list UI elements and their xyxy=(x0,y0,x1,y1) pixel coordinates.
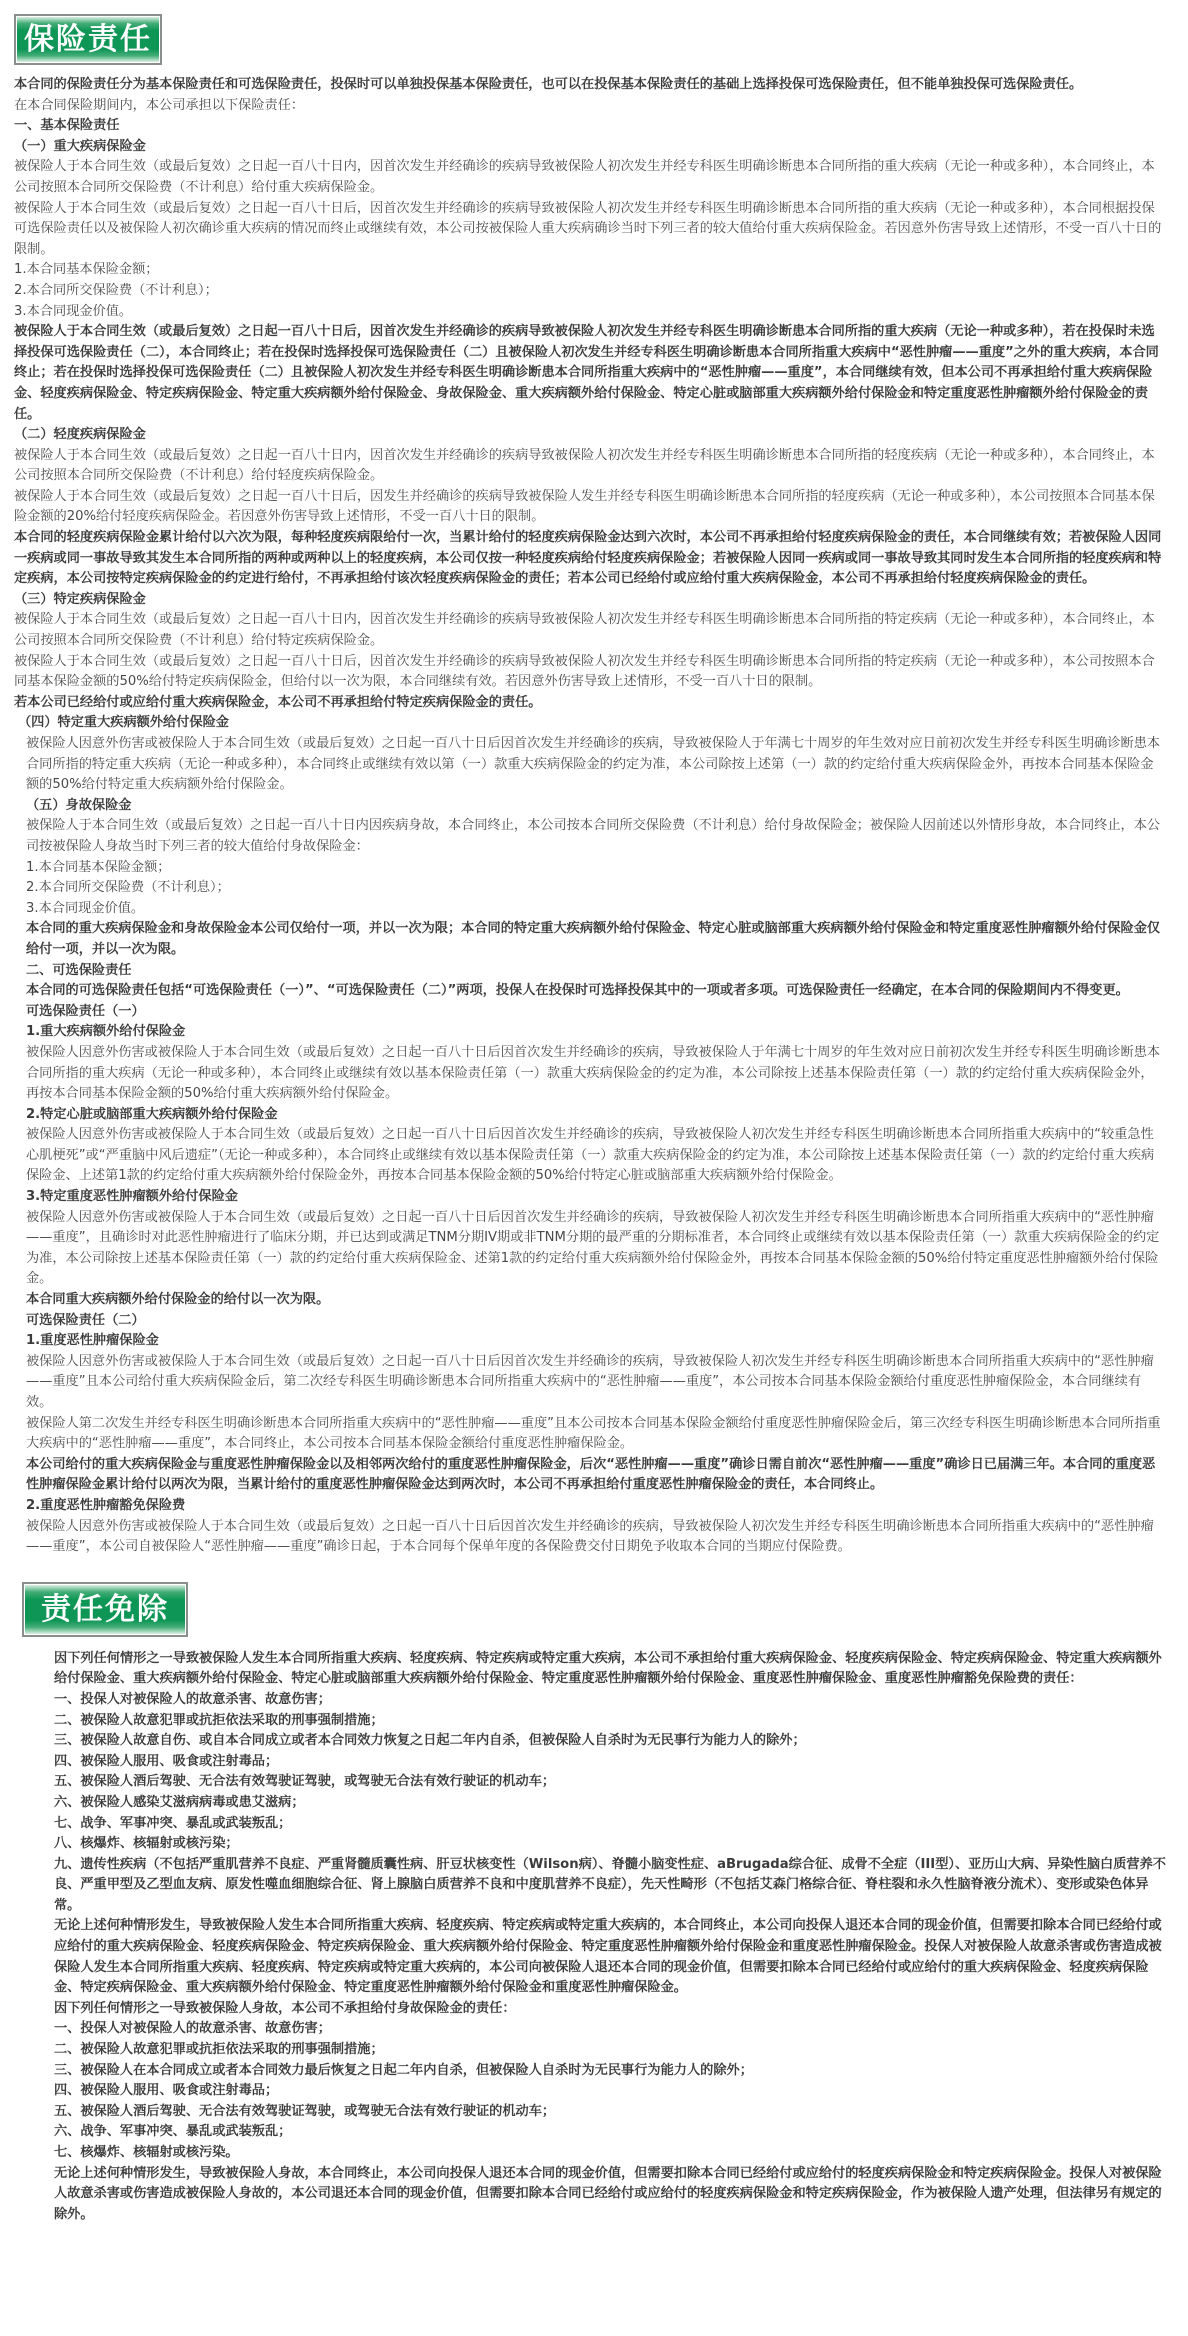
paragraph: 被保险人于本合同生效（或最后复效）之日起一百八十日后，因首次发生并经确诊的疾病导… xyxy=(14,199,1164,261)
list-item: 四、被保险人服用、吸食或注射毒品； xyxy=(14,2081,1174,2102)
paragraph: 因下列任何情形之一导致被保险人发生本合同所指重大疾病、轻度疾病、特定疾病或特定重… xyxy=(14,1649,1174,1690)
intro-paragraph: 在本合同保险期间内，本公司承担以下保险责任： xyxy=(14,96,1164,117)
paragraph: 被保险人因意外伤害或被保险人于本合同生效（或最后复效）之日起一百八十日后因首次发… xyxy=(14,1208,1164,1290)
insurance-liability-section: 本合同的保险责任分为基本保险责任和可选保险责任，投保时可以单独投保基本保险责任，… xyxy=(14,75,1164,713)
section-badge-exclusions: 责任免除 xyxy=(22,1582,188,1637)
list-item: 九、遗传性疾病（不包括严重肌营养不良症、严重肾髓质囊性病、肝豆状核变性（Wils… xyxy=(14,1855,1174,1917)
paragraph: 被保险人于本合同生效（或最后复效）之日起一百八十日内，因首次发生并经确诊的疾病导… xyxy=(14,157,1164,198)
paragraph: 无论上述何种情形发生，导致被保险人发生本合同所指重大疾病、轻度疾病、特定疾病或特… xyxy=(14,1916,1174,1998)
item-heading: 2.特定心脏或脑部重大疾病额外给付保险金 xyxy=(14,1105,1164,1126)
list-item: 六、被保险人感染艾滋病病毒或患艾滋病； xyxy=(14,1793,1174,1814)
list-item: 四、被保险人服用、吸食或注射毒品； xyxy=(14,1752,1174,1773)
list-item: 1.本合同基本保险金额； xyxy=(14,858,1164,879)
paragraph: 本合同重大疾病额外给付保险金的给付以一次为限。 xyxy=(14,1290,1164,1311)
paragraph: 被保险人因意外伤害或被保险人于本合同生效（或最后复效）之日起一百八十日后因首次发… xyxy=(14,1517,1164,1558)
item-heading: 3.特定重度恶性肿瘤额外给付保险金 xyxy=(14,1187,1164,1208)
paragraph: 被保险人因意外伤害或被保险人于本合同生效（或最后复效）之日起一百八十日后因首次发… xyxy=(14,734,1164,796)
item-heading: 2.重度恶性肿瘤豁免保险费 xyxy=(14,1496,1164,1517)
paragraph: 被保险人因意外伤害或被保险人于本合同生效（或最后复效）之日起一百八十日后因首次发… xyxy=(14,1043,1164,1105)
paragraph: 被保险人于本合同生效（或最后复效）之日起一百八十日内因疾病身故，本合同终止，本公… xyxy=(14,816,1164,857)
optional-liability-heading: 二、可选保险责任 xyxy=(14,961,1164,982)
group-heading: 可选保险责任（二） xyxy=(14,1311,1164,1332)
paragraph: 本公司给付的重大疾病保险金与重度恶性肿瘤保险金以及相邻两次给付的重度恶性肿瘤保险… xyxy=(14,1455,1164,1496)
paragraph: 被保险人第二次发生并经专科医生明确诊断患本合同所指重大疾病中的“恶性肿瘤——重度… xyxy=(14,1414,1164,1455)
list-item: 二、被保险人故意犯罪或抗拒依法采取的刑事强制措施； xyxy=(14,2040,1174,2061)
item-heading: （五）身故保险金 xyxy=(14,796,1164,817)
list-item: 七、战争、军事冲突、暴乱或武装叛乱； xyxy=(14,1814,1174,1835)
list-item: 五、被保险人酒后驾驶、无合法有效驾驶证驾驶，或驾驶无合法有效行驶证的机动车； xyxy=(14,1772,1174,1793)
paragraph: 被保险人因意外伤害或被保险人于本合同生效（或最后复效）之日起一百八十日后因首次发… xyxy=(14,1352,1164,1414)
section-title: 责任免除 xyxy=(25,1585,185,1634)
list-item: 六、战争、军事冲突、暴乱或武装叛乱； xyxy=(14,2122,1174,2143)
paragraph: 被保险人于本合同生效（或最后复效）之日起一百八十日内，因首次发生并经确诊的疾病导… xyxy=(14,446,1164,487)
paragraph: 本合同的可选保险责任包括“可选保险责任（一）”、“可选保险责任（二）”两项，投保… xyxy=(14,981,1164,1002)
section-title: 保险责任 xyxy=(17,17,159,62)
list-item: 3.本合同现金价值。 xyxy=(14,899,1164,920)
item-heading: （二）轻度疾病保险金 xyxy=(14,425,1164,446)
list-item: 五、被保险人酒后驾驶、无合法有效驾驶证驾驶，或驾驶无合法有效行驶证的机动车； xyxy=(14,2102,1174,2123)
item-heading: （三）特定疾病保险金 xyxy=(14,590,1164,611)
list-item: 三、被保险人故意自伤、或自本合同成立或者本合同效力恢复之日起二年内自杀，但被保险… xyxy=(14,1731,1174,1752)
list-item: 二、被保险人故意犯罪或抗拒依法采取的刑事强制措施； xyxy=(14,1711,1174,1732)
list-item: 一、投保人对被保险人的故意杀害、故意伤害； xyxy=(14,1690,1174,1711)
paragraph: 本合同的重大疾病保险金和身故保险金本公司仅给付一项，并以一次为限；本合同的特定重… xyxy=(14,919,1164,960)
exclusions-section: 因下列任何情形之一导致被保险人发生本合同所指重大疾病、轻度疾病、特定疾病或特定重… xyxy=(14,1649,1174,2226)
group-heading: 可选保险责任（一） xyxy=(14,1002,1164,1023)
insurance-liability-section-continued: （四）特定重大疾病额外给付保险金 被保险人因意外伤害或被保险人于本合同生效（或最… xyxy=(14,713,1164,1557)
list-item: 七、核爆炸、核辐射或核污染。 xyxy=(14,2143,1174,2164)
item-heading: 1.重大疾病额外给付保险金 xyxy=(14,1022,1164,1043)
paragraph: 被保险人于本合同生效（或最后复效）之日起一百八十日后，因首次发生并经确诊的疾病导… xyxy=(14,322,1164,425)
list-item: 八、核爆炸、核辐射或核污染； xyxy=(14,1834,1174,1855)
paragraph: 被保险人于本合同生效（或最后复效）之日起一百八十日后，因发生并经确诊的疾病导致被… xyxy=(14,487,1164,528)
list-item: 1.本合同基本保险金额； xyxy=(14,260,1164,281)
item-heading: （一）重大疾病保险金 xyxy=(14,137,1164,158)
paragraph: 被保险人于本合同生效（或最后复效）之日起一百八十日后，因首次发生并经确诊的疾病导… xyxy=(14,652,1164,693)
intro-paragraph: 本合同的保险责任分为基本保险责任和可选保险责任，投保时可以单独投保基本保险责任，… xyxy=(14,75,1164,96)
paragraph: 因下列任何情形之一导致被保险人身故，本公司不承担给付身故保险金的责任： xyxy=(14,1999,1174,2020)
list-item: 3.本合同现金价值。 xyxy=(14,302,1164,323)
list-item: 一、投保人对被保险人的故意杀害、故意伤害； xyxy=(14,2019,1174,2040)
list-item: 2.本合同所交保险费（不计利息）； xyxy=(14,281,1164,302)
basic-liability-heading: 一、基本保险责任 xyxy=(14,116,1164,137)
item-heading: 1.重度恶性肿瘤保险金 xyxy=(14,1331,1164,1352)
paragraph: 若本公司已经给付或应给付重大疾病保险金，本公司不再承担给付特定疾病保险金的责任。 xyxy=(14,693,1164,714)
paragraph: 无论上述何种情形发生，导致被保险人身故，本合同终止，本公司向投保人退还本合同的现… xyxy=(14,2164,1174,2226)
list-item: 2.本合同所交保险费（不计利息）； xyxy=(14,878,1164,899)
section-badge-insurance-liability: 保险责任 xyxy=(14,14,162,65)
paragraph: 本合同的轻度疾病保险金累计给付以六次为限，每种轻度疾病限给付一次，当累计给付的轻… xyxy=(14,528,1164,590)
list-item: 三、被保险人在本合同成立或者本合同效力最后恢复之日起二年内自杀，但被保险人自杀时… xyxy=(14,2061,1174,2082)
item-heading: （四）特定重大疾病额外给付保险金 xyxy=(14,713,1164,734)
paragraph: 被保险人因意外伤害或被保险人于本合同生效（或最后复效）之日起一百八十日后因首次发… xyxy=(14,1125,1164,1187)
document-page: 保险责任 本合同的保险责任分为基本保险责任和可选保险责任，投保时可以单独投保基本… xyxy=(0,0,1188,2245)
paragraph: 被保险人于本合同生效（或最后复效）之日起一百八十日内，因首次发生并经确诊的疾病导… xyxy=(14,610,1164,651)
